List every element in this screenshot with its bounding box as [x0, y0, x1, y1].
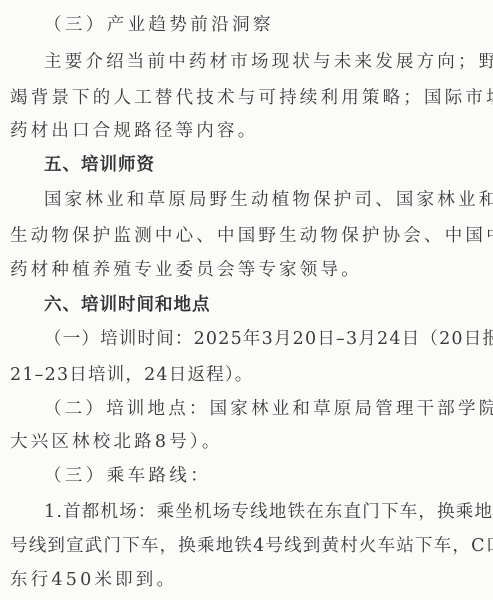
- route-line: 号线到宣武门下车，换乘地铁4号线到黄村火车站下车，C口出，: [10, 534, 483, 558]
- training-place-line: 大兴区林校北路8号）。: [10, 430, 483, 454]
- route-line: 1.首都机场：乘坐机场专线地铁在东直门下车，换乘地铁2: [44, 500, 483, 524]
- paragraph-line: 国家林业和草原局野生动植物保护司、国家林业和草原局野: [44, 188, 483, 212]
- document-page: （三）产业趋势前沿洞察 主要介绍当前中药材市场现状与未来发展方向；野生资源枯 竭…: [0, 0, 493, 600]
- route-title: （三）乘车路线：: [44, 464, 483, 488]
- section-title-industry-trends: （三）产业趋势前沿洞察: [44, 13, 483, 37]
- training-time-line: 21–23日培训，24日返程）。: [10, 363, 483, 387]
- training-place-line: （二）培训地点：国家林业和草原局管理干部学院（北京市: [44, 397, 483, 421]
- training-time-line: （一）培训时间：2025年3月20日–3月24日（20日报到，: [44, 327, 483, 351]
- section-heading-teachers: 五、培训师资: [44, 153, 483, 177]
- route-line: 东行450米即到。: [10, 568, 483, 592]
- paragraph-line: 药材种植养殖专业委员会等专家领导。: [10, 258, 483, 282]
- paragraph-line: 主要介绍当前中药材市场现状与未来发展方向；野生资源枯: [44, 50, 483, 74]
- paragraph-line: 药材出口合规路径等内容。: [10, 119, 483, 143]
- paragraph-line: 竭背景下的人工替代技术与可持续利用策略；国际市场需求与中: [10, 86, 483, 110]
- paragraph-line: 生动物保护监测中心、中国野生动物保护协会、中国中药协会中: [10, 224, 483, 248]
- section-heading-time-place: 六、培训时间和地点: [44, 293, 483, 317]
